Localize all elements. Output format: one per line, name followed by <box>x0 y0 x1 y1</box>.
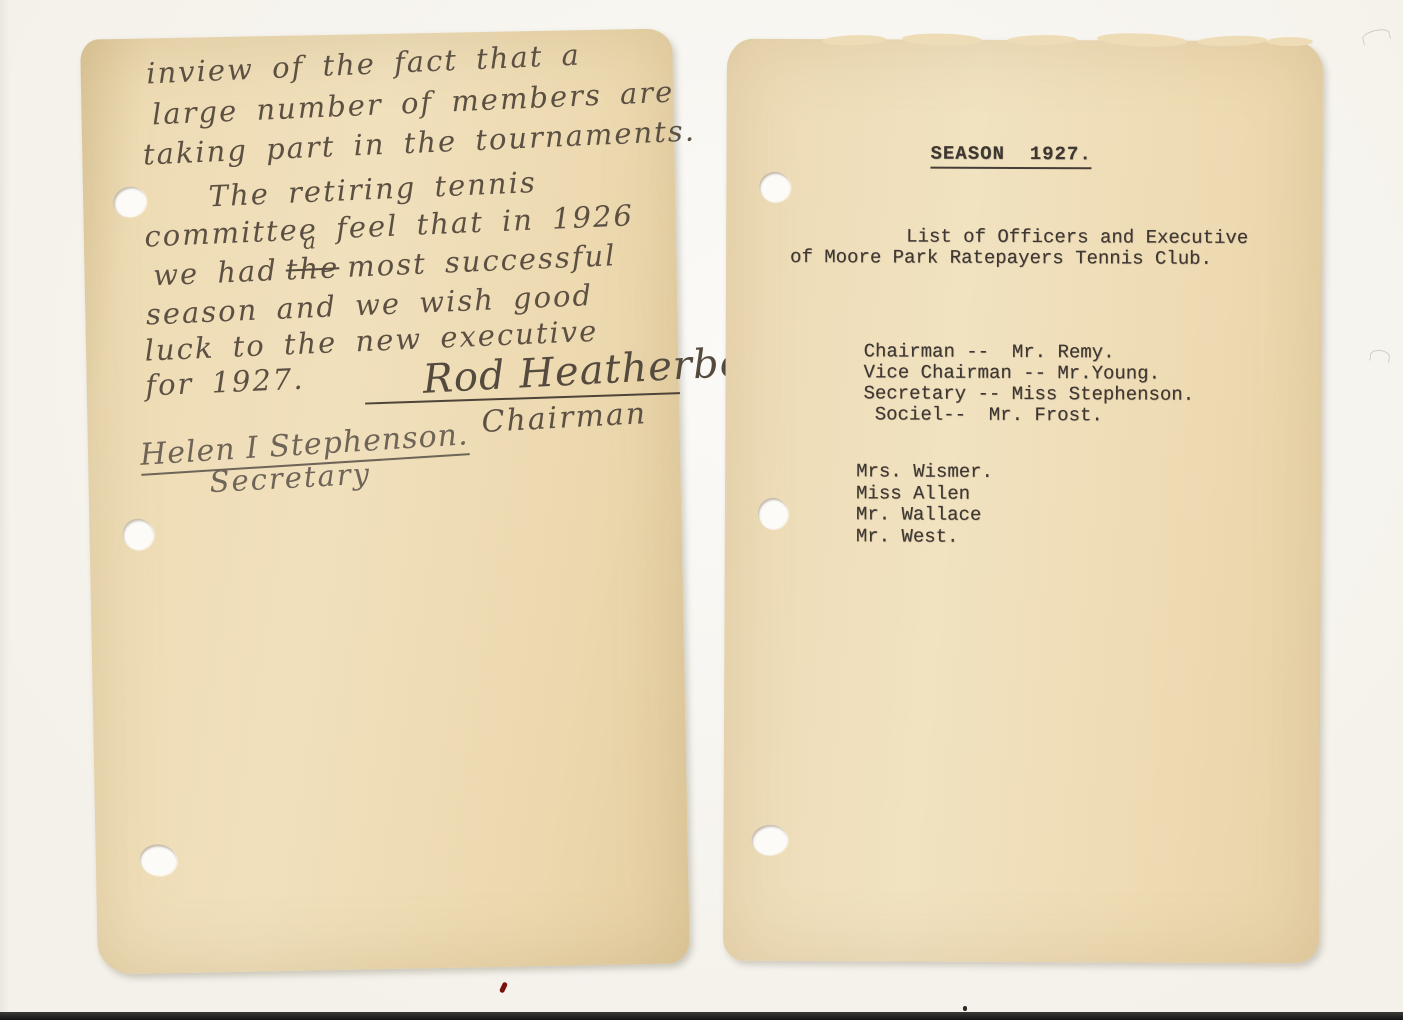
typed-heading-line: of Moore Park Ratepayers Tennis Club. <box>790 246 1212 270</box>
punch-hole <box>750 823 789 856</box>
punch-hole <box>759 172 790 202</box>
torn-edge <box>1197 35 1267 47</box>
punch-hole <box>122 518 154 550</box>
chairman-signature-title: Chairman <box>481 396 648 440</box>
punch-hole <box>758 498 788 529</box>
member-line: Mr. Wallace <box>856 504 993 526</box>
ink-speck <box>963 1006 967 1011</box>
line-text: we had <box>152 253 278 292</box>
officer-line: Vice Chairman -- Mr.Young. <box>864 362 1195 384</box>
inserted-word: a <box>302 229 318 255</box>
scanner-artifact <box>1369 349 1390 364</box>
handwritten-line: for 1927. <box>145 362 306 403</box>
torn-edge <box>1267 37 1313 46</box>
executive-members-list: Mrs. Wismer. Miss Allen Mr. Wallace Mr. … <box>856 461 993 548</box>
scanner-edge-shadow <box>0 1012 1403 1020</box>
officer-line: Chairman -- Mr. Remy. <box>864 341 1195 363</box>
line-text: most successful <box>347 238 618 284</box>
scanned-document: inview of the fact that a large number o… <box>0 0 1403 1020</box>
secretary-signature-title: Secretary <box>209 456 372 499</box>
torn-edge <box>1007 35 1077 46</box>
ink-speck <box>499 981 508 993</box>
torn-edge <box>822 34 886 46</box>
officer-line: Secretary -- Miss Stephenson. <box>863 383 1194 405</box>
typed-heading-line: List of Officers and Executive <box>906 225 1248 248</box>
member-line: Miss Allen <box>856 483 993 505</box>
member-line: Mrs. Wismer. <box>856 461 993 483</box>
punch-hole <box>138 842 178 877</box>
correction: thea <box>285 250 340 286</box>
page-title: SEASON 1927. <box>930 143 1091 170</box>
torn-edge <box>1097 32 1187 49</box>
officers-list: Chairman -- Mr. Remy. Vice Chairman -- M… <box>863 341 1194 426</box>
right-page-typed-officers-list: SEASON 1927. List of Officers and Execut… <box>723 39 1323 964</box>
left-page-handwritten-minutes: inview of the fact that a large number o… <box>80 28 690 974</box>
punch-hole <box>110 183 150 221</box>
scanner-artifact <box>1361 27 1391 45</box>
struck-word: the <box>285 250 340 286</box>
torn-edge <box>902 33 982 47</box>
officer-line: Sociel-- Mr. Frost. <box>863 404 1194 426</box>
member-line: Mr. West. <box>856 526 993 548</box>
